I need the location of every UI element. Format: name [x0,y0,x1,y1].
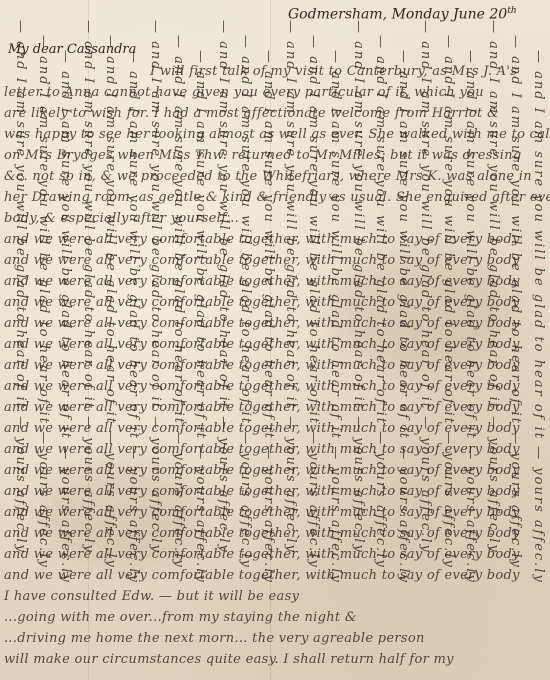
cross-written-line: — and I am sure you will be glad to hear… [12,0,30,680]
cross-written-line: — and I am sure you will be glad to hear… [440,0,458,680]
cross-written-line: — and I am sure you will be glad to hear… [372,0,390,680]
cross-written-line: — and I am sure you will be glad to hear… [237,0,255,680]
cross-written-line: — and I am sure you will be glad to hear… [327,0,345,680]
cross-written-line: — and I am sure you will be glad to hear… [485,0,503,680]
cross-written-line: — and I am sure you will be glad to hear… [170,0,188,680]
cross-written-line: — and I am sure you will be glad to hear… [282,0,300,680]
cross-written-line: — and I am sure you will be glad to hear… [125,0,143,680]
cross-written-line: — and I am sure you will be glad to hear… [80,0,98,680]
cross-written-line: — and I am sure you will be glad to hear… [260,0,278,680]
cross-written-line: — and I am sure you will be glad to hear… [395,0,413,680]
cross-written-line: — and I am sure you will be glad to hear… [530,0,548,680]
cross-written-line: — and I am sure you will be glad to hear… [507,0,525,680]
cross-written-line: — and I am sure you will be glad to hear… [192,0,210,680]
cross-written-line: — and I am sure you will be glad to hear… [350,0,368,680]
cross-written-line: — and I am sure you will be glad to hear… [35,0,53,680]
letter-page: Godmersham, Monday June 20th My dear Cas… [0,0,550,680]
cross-written-line: — and I am sure you will be glad to hear… [57,0,75,680]
cross-written-line: — and I am sure you will be glad to hear… [147,0,165,680]
cross-written-line: — and I am sure you will be glad to hear… [462,0,480,680]
cross-written-line: — and I am sure you will be glad to hear… [215,0,233,680]
cross-written-line: — and I am sure you will be glad to hear… [305,0,323,680]
cross-written-line: — and I am sure you will be glad to hear… [417,0,435,680]
cross-written-line: — and I am sure you will be glad to hear… [102,0,120,680]
